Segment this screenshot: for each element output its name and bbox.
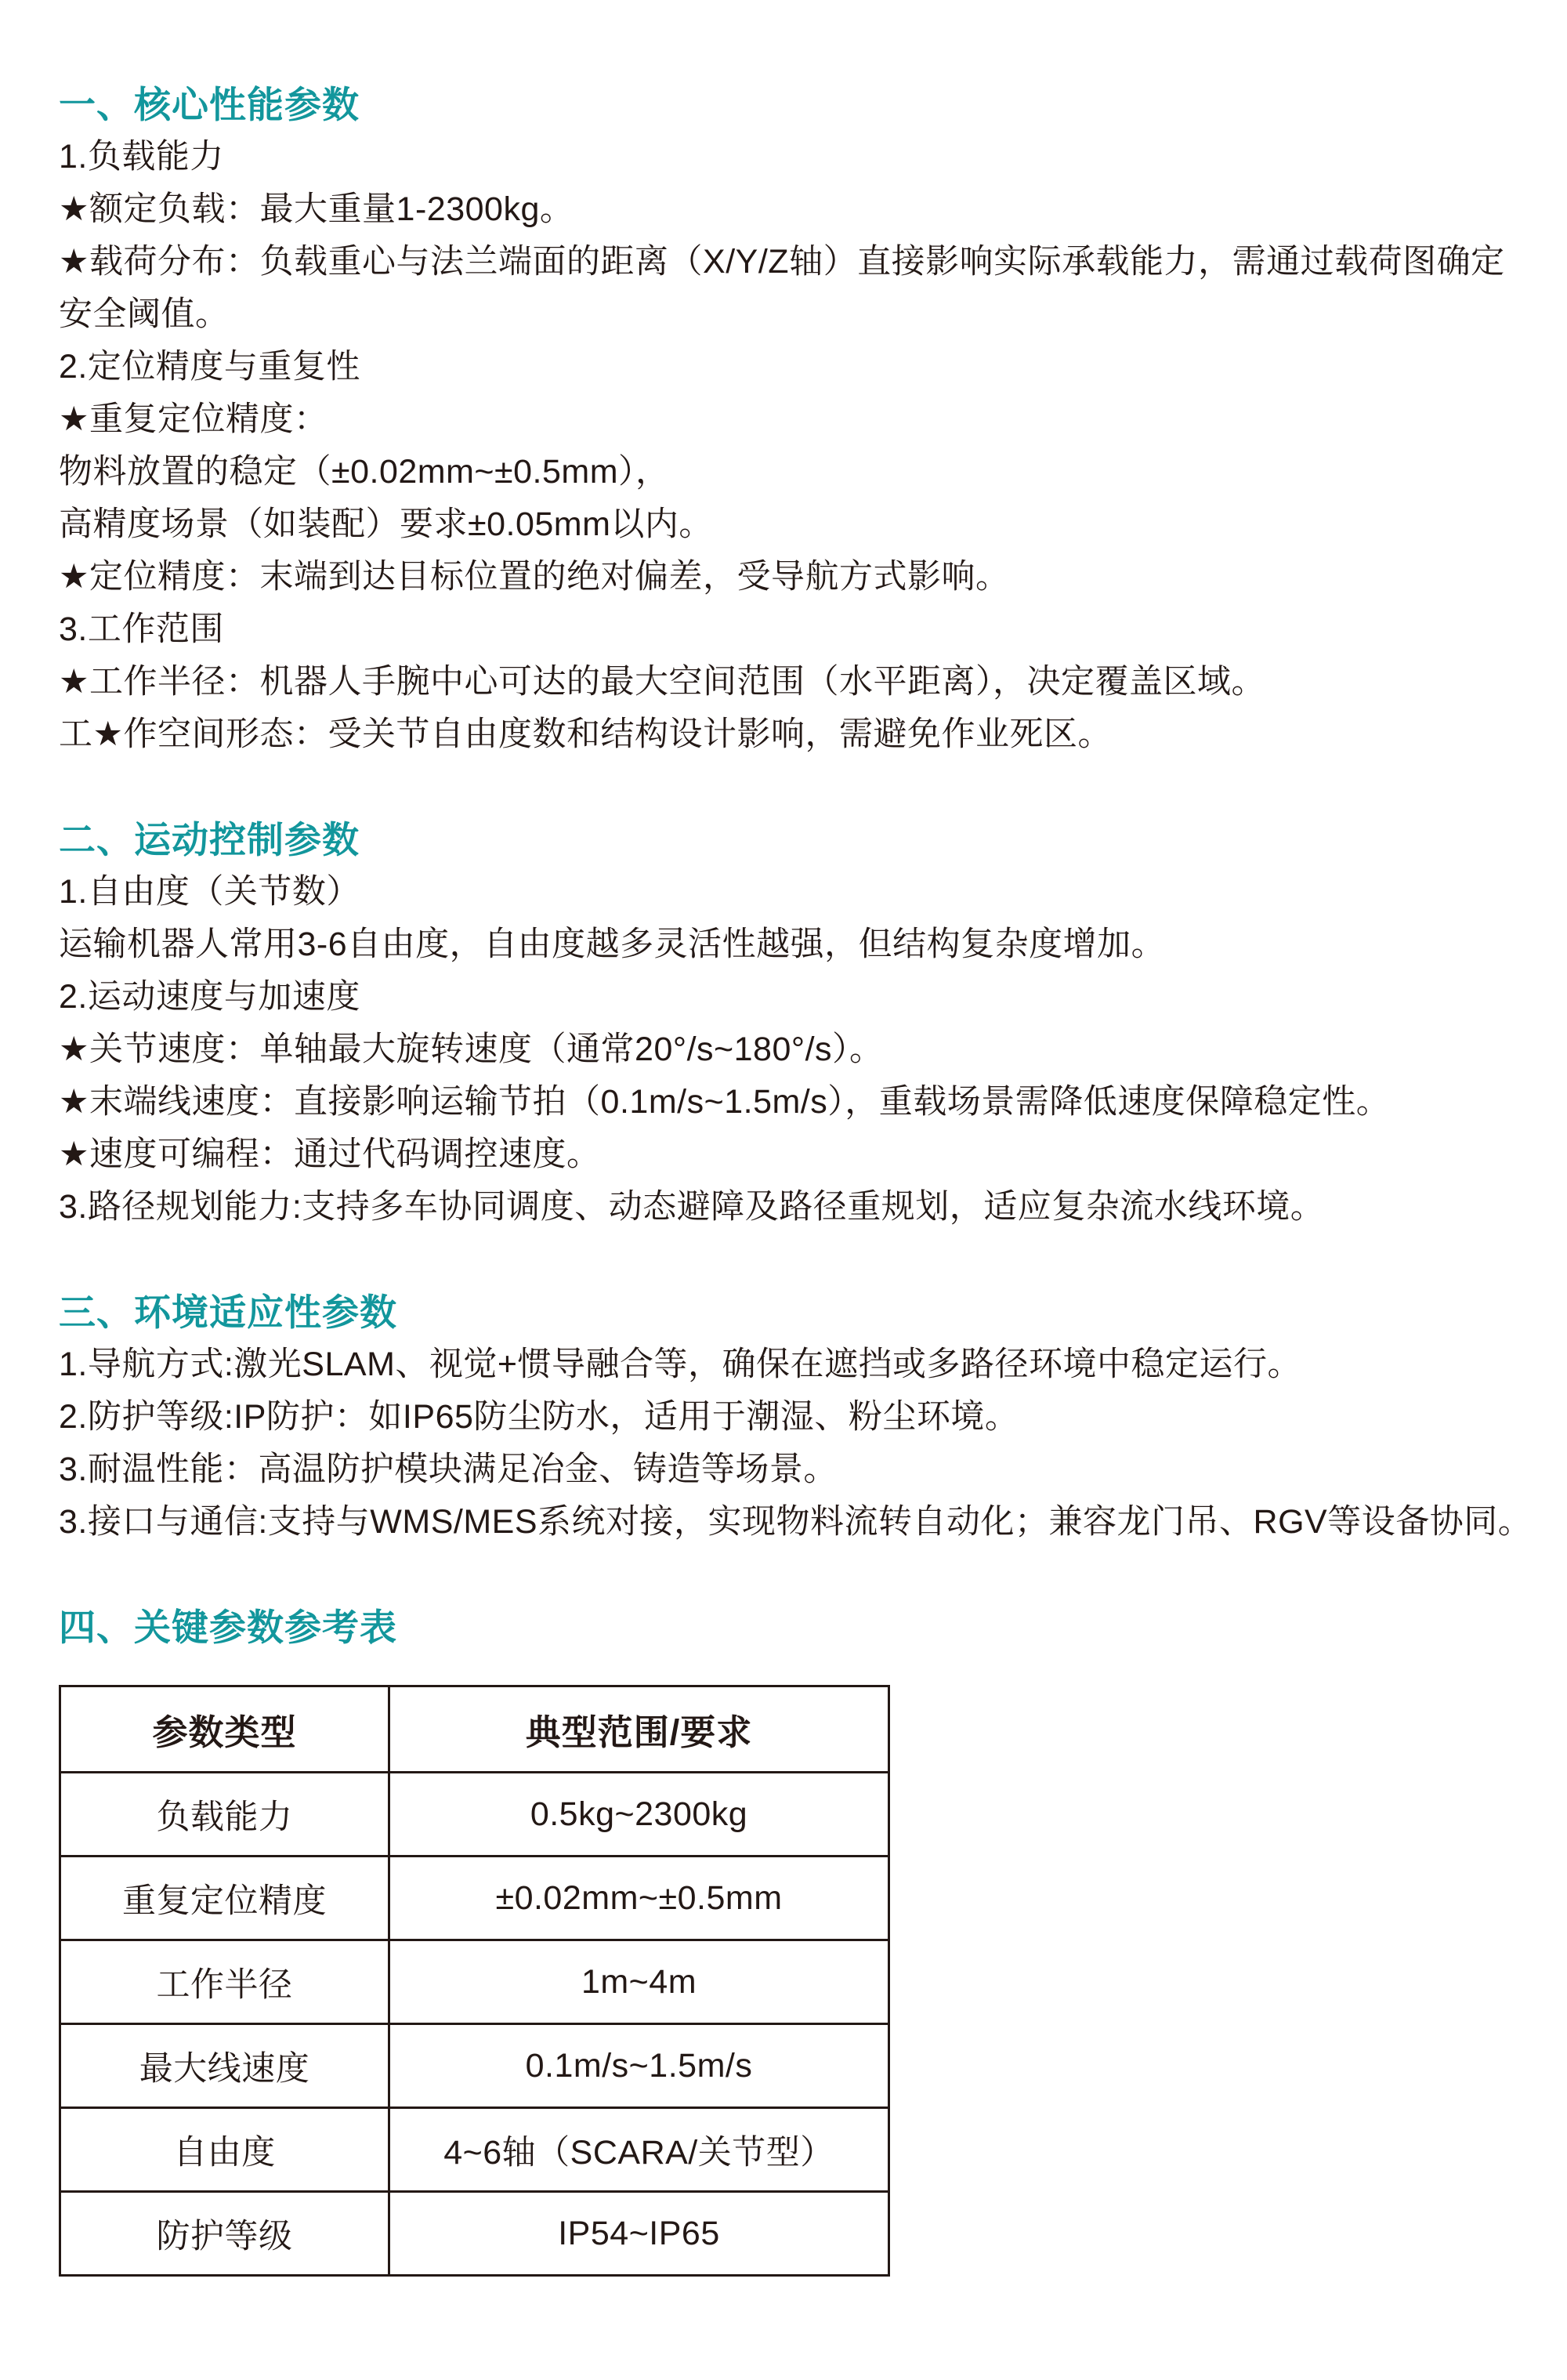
table-cell-param: 自由度 — [60, 2108, 389, 2192]
section-heading-motion-control: 二、运动控制参数 — [59, 813, 1567, 866]
document-content: 一、核心性能参数 1.负载能力 ★额定负载：最大重量1-2300kg。 ★载荷分… — [0, 0, 1567, 2277]
text-line: ★工作半径：机器人手腕中心可达的最大空间范围（水平距离），决定覆盖区域。 — [59, 656, 1567, 708]
table-cell-range: 4~6轴（SCARA/关节型） — [389, 2108, 889, 2192]
table-cell-range: 0.1m/s~1.5m/s — [389, 2024, 889, 2108]
table-row: 负载能力 0.5kg~2300kg — [60, 1773, 889, 1857]
text-line: 1.负载能力 — [59, 131, 1567, 183]
table-row: 自由度 4~6轴（SCARA/关节型） — [60, 2108, 889, 2192]
table-cell-range: 1m~4m — [389, 1940, 889, 2024]
text-line: 1.自由度（关节数） — [59, 866, 1567, 918]
text-line: 3.耐温性能：高温防护模块满足冶金、铸造等场景。 — [59, 1444, 1567, 1496]
table-header-row: 参数类型 典型范围/要求 — [60, 1686, 889, 1773]
text-line: 安全阈值。 — [59, 288, 1567, 341]
table-cell-param: 防护等级 — [60, 2192, 389, 2276]
table-cell-range: ±0.02mm~±0.5mm — [389, 1857, 889, 1940]
text-line: 工★作空间形态：受关节自由度数和结构设计影响，需避免作业死区。 — [59, 708, 1567, 761]
table-row: 防护等级 IP54~IP65 — [60, 2192, 889, 2276]
table-cell-param: 负载能力 — [60, 1773, 389, 1857]
section-heading-environment-adaptability: 三、环境适应性参数 — [59, 1286, 1567, 1339]
text-line: 3.路径规划能力:支持多车协同调度、动态避障及路径重规划，适应复杂流水线环境。 — [59, 1181, 1567, 1233]
section-motion-control: 二、运动控制参数 1.自由度（关节数） 运输机器人常用3-6自由度，自由度越多灵… — [59, 813, 1567, 1233]
text-line: ★重复定位精度： — [59, 393, 1567, 446]
text-line: ★关节速度：单轴最大旋转速度（通常20°/s~180°/s）。 — [59, 1023, 1567, 1076]
section-environment-adaptability: 三、环境适应性参数 1.导航方式:激光SLAM、视觉+惯导融合等，确保在遮挡或多… — [59, 1286, 1567, 1549]
table-cell-param: 最大线速度 — [60, 2024, 389, 2108]
text-line: 高精度场景（如装配）要求±0.05mm以内。 — [59, 498, 1567, 551]
table-row: 最大线速度 0.1m/s~1.5m/s — [60, 2024, 889, 2108]
table-cell-range: 0.5kg~2300kg — [389, 1773, 889, 1857]
text-line: ★末端线速度：直接影响运输节拍（0.1m/s~1.5m/s），重载场景需降低速度… — [59, 1076, 1567, 1128]
document-page: { "page": { "background": "#ffffff", "te… — [0, 0, 1567, 2380]
text-line: ★额定负载：最大重量1-2300kg。 — [59, 183, 1567, 236]
table-cell-param: 工作半径 — [60, 1940, 389, 2024]
table-header-param-type: 参数类型 — [60, 1686, 389, 1773]
text-line: 运输机器人常用3-6自由度，自由度越多灵活性越强，但结构复杂度增加。 — [59, 918, 1567, 971]
text-line: ★载荷分布：负载重心与法兰端面的距离（X/Y/Z轴）直接影响实际承载能力，需通过… — [59, 236, 1567, 288]
section-heading-core-performance: 一、核心性能参数 — [59, 78, 1567, 131]
text-line: ★速度可编程：通过代码调控速度。 — [59, 1128, 1567, 1181]
text-line: ★定位精度：末端到达目标位置的绝对偏差，受导航方式影响。 — [59, 551, 1567, 603]
table-row: 重复定位精度 ±0.02mm~±0.5mm — [60, 1857, 889, 1940]
text-line: 2.防护等级:IP防护：如IP65防尘防水，适用于潮湿、粉尘环境。 — [59, 1391, 1567, 1444]
text-line: 物料放置的稳定（±0.02mm~±0.5mm）， — [59, 446, 1567, 498]
text-line: 3.工作范围 — [59, 603, 1567, 656]
text-line: 1.导航方式:激光SLAM、视觉+惯导融合等，确保在遮挡或多路径环境中稳定运行。 — [59, 1339, 1567, 1391]
text-line: 2.定位精度与重复性 — [59, 341, 1567, 393]
table-cell-range: IP54~IP65 — [389, 2192, 889, 2276]
section-key-parameter-table: 四、关键参数参考表 参数类型 典型范围/要求 负载能力 0.5kg~2300kg… — [59, 1601, 1567, 2277]
table-cell-param: 重复定位精度 — [60, 1857, 389, 1940]
text-line: 3.接口与通信:支持与WMS/MES系统对接，实现物料流转自动化；兼容龙门吊、R… — [59, 1496, 1567, 1549]
section-heading-key-parameter-table: 四、关键参数参考表 — [59, 1601, 1567, 1654]
section-core-performance: 一、核心性能参数 1.负载能力 ★额定负载：最大重量1-2300kg。 ★载荷分… — [59, 78, 1567, 761]
table-header-typical-range: 典型范围/要求 — [389, 1686, 889, 1773]
table-row: 工作半径 1m~4m — [60, 1940, 889, 2024]
key-parameter-table: 参数类型 典型范围/要求 负载能力 0.5kg~2300kg 重复定位精度 ±0… — [59, 1685, 890, 2277]
text-line: 2.运动速度与加速度 — [59, 971, 1567, 1023]
